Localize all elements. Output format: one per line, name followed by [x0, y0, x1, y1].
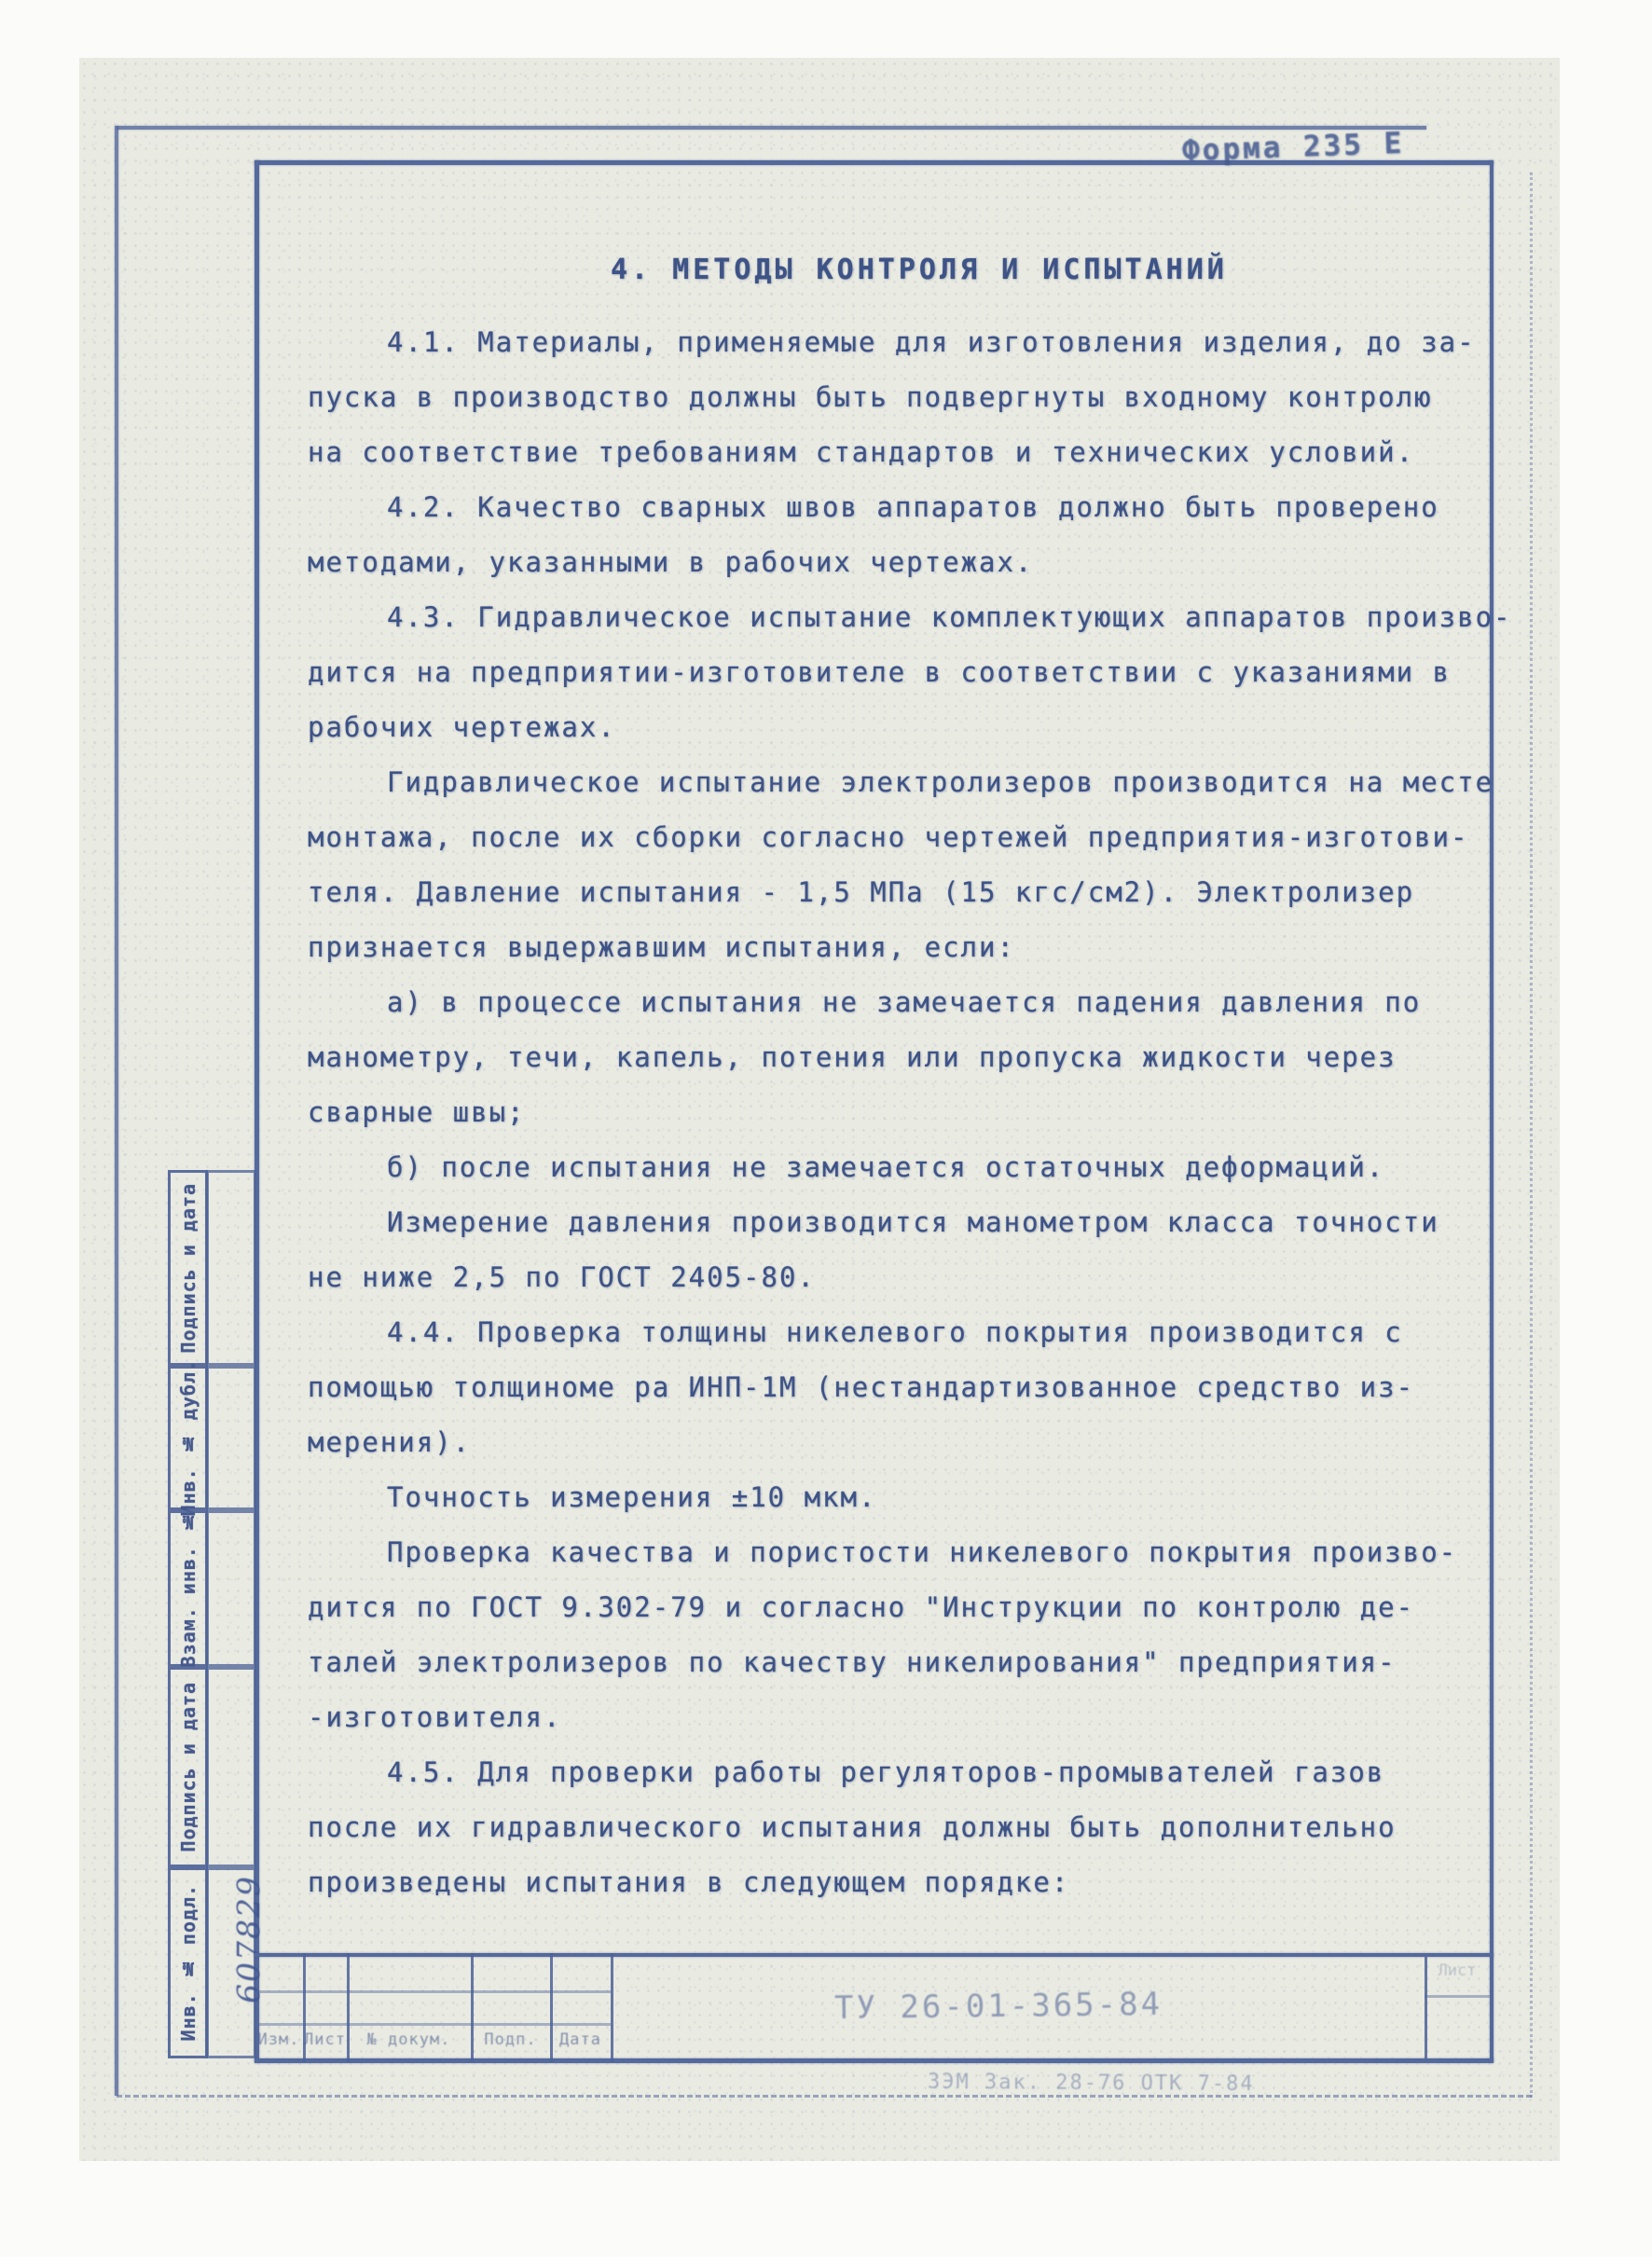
titleblock-row-line-1 [255, 1990, 611, 1993]
text-line: -изготовителя. [308, 1701, 561, 1733]
text-line: 4.4. Проверка толщины никелевого покрыти… [387, 1316, 1403, 1348]
sidebar-cell-label: Подпись и дата [177, 1183, 200, 1354]
text-line: дится на предприятии-изготовителе в соот… [308, 656, 1451, 688]
titleblock-column-label: Лист [303, 2030, 347, 2049]
titleblock-column-label: Подп. [471, 2030, 550, 2049]
text-line: теля. Давление испытания - 1,5 МПа (15 к… [308, 876, 1414, 908]
sidebar-value-cell [206, 1510, 256, 1667]
text-line: произведены испытания в следующем порядк… [308, 1866, 1069, 1898]
text-line: не ниже 2,5 по ГОСТ 2405-80. [308, 1261, 816, 1293]
titleblock-column-label: Изм. [255, 2030, 303, 2049]
sidebar-cell-label: Инв. № дубл. [177, 1359, 200, 1516]
titleblock-top-line [255, 1953, 1494, 1957]
titleblock-column-line [611, 1953, 613, 2062]
text-line: 4.2. Качество сварных швов аппаратов дол… [387, 491, 1439, 523]
text-line: Проверка качества и пористости никелевог… [387, 1536, 1457, 1568]
text-line: 4.3. Гидравлическое испытание комплектую… [387, 601, 1512, 633]
titleblock-column-label: № докум. [347, 2030, 471, 2049]
text-line: Точность измерения ±10 мкм. [387, 1481, 876, 1513]
inner-frame-right [1490, 160, 1494, 2062]
inner-frame-bottom [255, 2058, 1494, 2063]
text-line: признается выдержавшим испытания, если: [308, 931, 1015, 963]
text-line: Гидравлическое испытание электролизеров … [387, 766, 1494, 798]
text-line: талей электролизеров по качеству никелир… [308, 1646, 1397, 1678]
outer-border-top [117, 126, 1426, 130]
sidebar-cell: Подпись и дата [168, 1667, 208, 1867]
sheet-box-mid-line [1425, 1995, 1490, 1998]
scanned-document-page: Форма 235 Е 4. МЕТОДЫ КОНТРОЛЯ И ИСПЫТАН… [0, 0, 1652, 2257]
text-line: мерения). [308, 1426, 471, 1458]
text-line: 4.5. Для проверки работы регуляторов-про… [387, 1756, 1384, 1788]
text-line: монтажа, после их сборки согласно чертеж… [308, 821, 1468, 853]
titleblock-row-line-2 [255, 2023, 611, 2026]
outer-border-bottom [117, 2095, 1532, 2098]
document-number: ТУ 26-01-365-84 [834, 1986, 1163, 2027]
sidebar-value-cell [206, 1667, 256, 1867]
text-line: дится по ГОСТ 9.302-79 и согласно "Инстр… [308, 1591, 1414, 1623]
section-heading: 4. МЕТОДЫ КОНТРОЛЯ И ИСПЫТАНИЙ [611, 254, 1228, 286]
titleblock-column-label: Дата [550, 2030, 611, 2049]
text-line: на соответствие требованиям стандартов и… [308, 436, 1414, 468]
text-line: Измерение давления производится манометр… [387, 1206, 1439, 1238]
text-line: помощью толщиноме ра ИНП-1М (нестандарти… [308, 1371, 1414, 1403]
sidebar-cell: Инв. № дубл. [168, 1366, 208, 1510]
sheet-label: Лист [1425, 1961, 1490, 1980]
text-line: а) в процессе испытания не замечается па… [387, 986, 1421, 1018]
text-line: б) после испытания не замечается остаточ… [387, 1151, 1384, 1183]
text-line: манометру, течи, капель, потения или про… [308, 1041, 1397, 1073]
text-line: 4.1. Материалы, применяемые для изготовл… [387, 326, 1476, 358]
sidebar-value-cell [206, 1366, 256, 1510]
sidebar-cell-label: Подпись и дата [177, 1682, 200, 1852]
paper-background [79, 58, 1560, 2161]
outer-border-left [115, 126, 118, 2096]
text-line: после их гидравлического испытания должн… [308, 1811, 1397, 1843]
sidebar-cell-label: Взам. инв. № [177, 1510, 200, 1667]
text-line: методами, указанными в рабочих чертежах. [308, 546, 1033, 578]
sidebar-cell: Подпись и дата [168, 1170, 208, 1366]
factory-stamp-text: ЗЭМ Зак. 28-76 ОТК 7-84 [928, 2071, 1255, 2096]
text-line: сварные швы; [308, 1096, 526, 1128]
text-line: пуска в производство должны быть подверг… [308, 381, 1433, 413]
text-line: рабочих чертежах. [308, 711, 616, 743]
sidebar-value-cell [206, 1170, 256, 1366]
inventory-number-handwritten: 607829 [183, 1874, 313, 2004]
outer-border-right [1530, 172, 1533, 2098]
sidebar-cell: Взам. инв. № [168, 1510, 208, 1667]
